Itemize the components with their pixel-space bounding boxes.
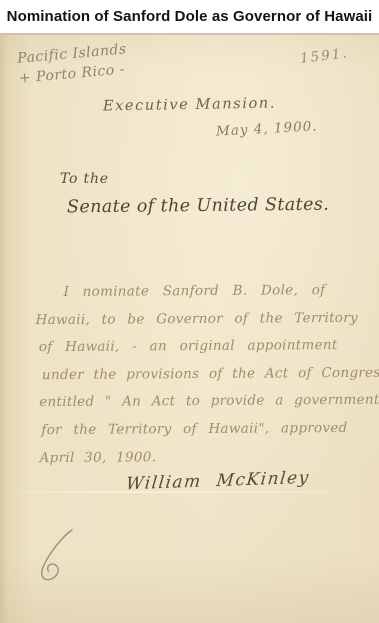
body-line-2: Hawaii, to be Governor of the Territory	[30, 304, 370, 334]
date-line: May 4, 1900.	[216, 118, 318, 139]
salutation-senate: Senate of the United States.	[67, 195, 329, 218]
pencil-annotation: Pacific Islands + Porto Rico -	[16, 39, 129, 88]
pencil-loop-mark-icon	[30, 526, 80, 582]
document-scan: Pacific Islands + Porto Rico - 1591. Exe…	[0, 33, 379, 623]
letterhead: Executive Mansion.	[0, 94, 379, 117]
body-line-5: entitled " An Act to provide a governmen…	[30, 387, 370, 417]
body-line-6: for the Territory of Hawaii", approved	[30, 415, 370, 445]
body-line-3: of Hawaii, - an original appointment	[30, 332, 370, 362]
page-title-bar: Nomination of Sanford Dole as Governor o…	[0, 0, 379, 33]
body-line-1: I nominate Sanford B. Dole, of	[29, 277, 369, 307]
document-number: 1591.	[300, 45, 350, 67]
salutation-to-the: To the	[60, 171, 109, 187]
page-title: Nomination of Sanford Dole as Governor o…	[7, 8, 373, 25]
letter-body: I nominate Sanford B. Dole, of Hawaii, t…	[29, 277, 370, 473]
body-line-7: April 30, 1900.	[30, 442, 370, 472]
screenshot-root: Nomination of Sanford Dole as Governor o…	[0, 0, 379, 623]
body-line-4: under the provisions of the Act of Congr…	[30, 360, 370, 390]
